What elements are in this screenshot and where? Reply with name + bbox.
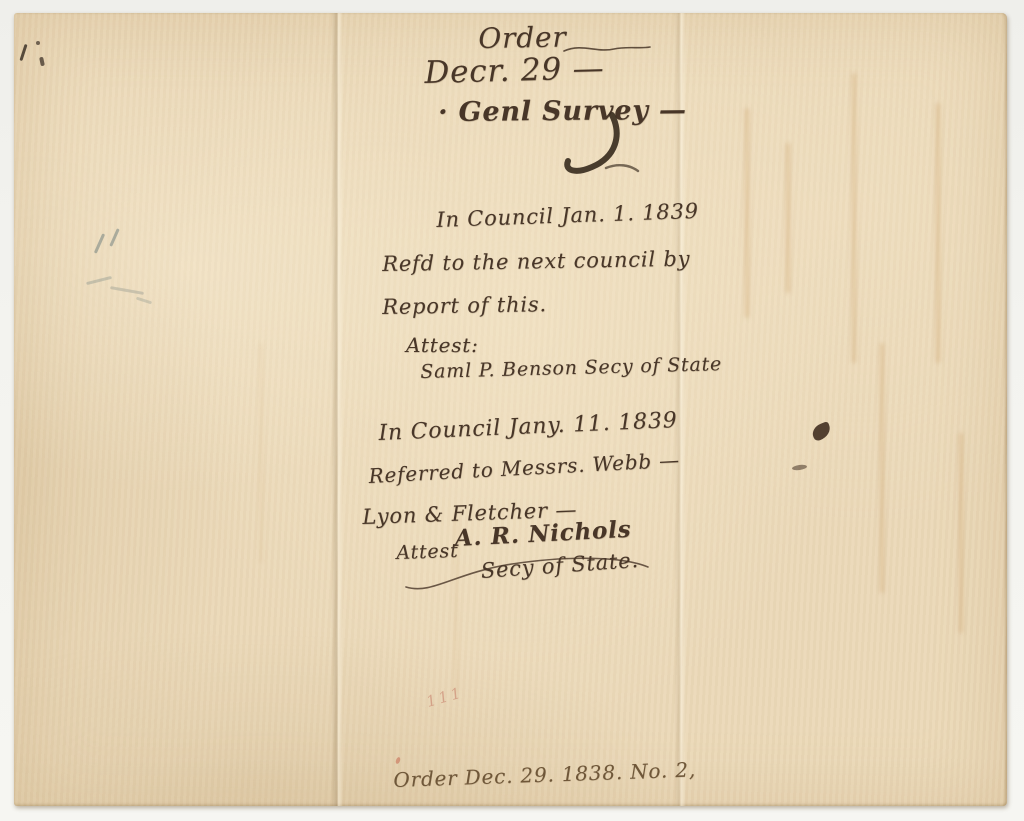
pencil-mark	[110, 286, 144, 295]
council1-line2: Report of this.	[382, 292, 547, 319]
council1-attest-label: Attest:	[406, 333, 479, 357]
bleedthrough-mark	[745, 108, 749, 318]
pencil-mark	[109, 228, 119, 247]
footer-docket: Order Dec. 29. 1838. No. 2,	[393, 757, 696, 792]
pencil-mark	[94, 233, 105, 253]
bleedthrough-mark	[959, 433, 963, 633]
folded-document: 111 Order Decr. 29 — · Genl Survey — In …	[14, 13, 1007, 806]
bleedthrough-mark	[880, 343, 884, 593]
ink-speck	[39, 57, 45, 67]
docket-date: Decr. 29 —	[424, 50, 605, 91]
council1-heading: In Council Jan. 1. 1839	[436, 199, 699, 232]
bleedthrough-mark	[259, 343, 263, 563]
council2-heading: In Council Jany. 11. 1839	[378, 408, 678, 446]
bleedthrough-mark	[852, 73, 856, 363]
ink-flourish	[548, 113, 643, 188]
ink-speck	[36, 41, 40, 45]
scan-background: 111 Order Decr. 29 — · Genl Survey — In …	[0, 0, 1024, 821]
ink-blot	[810, 421, 833, 442]
ink-blot	[792, 464, 808, 471]
paper-texture	[14, 13, 1007, 806]
fold-crease-left	[331, 13, 343, 806]
council1-line1: Refd to the next council by	[382, 247, 690, 276]
bleedthrough-mark	[936, 103, 940, 363]
red-numerals: 111	[424, 683, 465, 711]
pencil-mark	[136, 297, 152, 305]
red-ink-speck	[395, 757, 401, 765]
ink-speck	[19, 44, 27, 61]
pencil-mark	[86, 276, 112, 285]
bleedthrough-mark	[786, 143, 790, 293]
docket-title: Order	[478, 20, 567, 55]
council2-line1: Referred to Messrs. Webb —	[368, 448, 680, 488]
